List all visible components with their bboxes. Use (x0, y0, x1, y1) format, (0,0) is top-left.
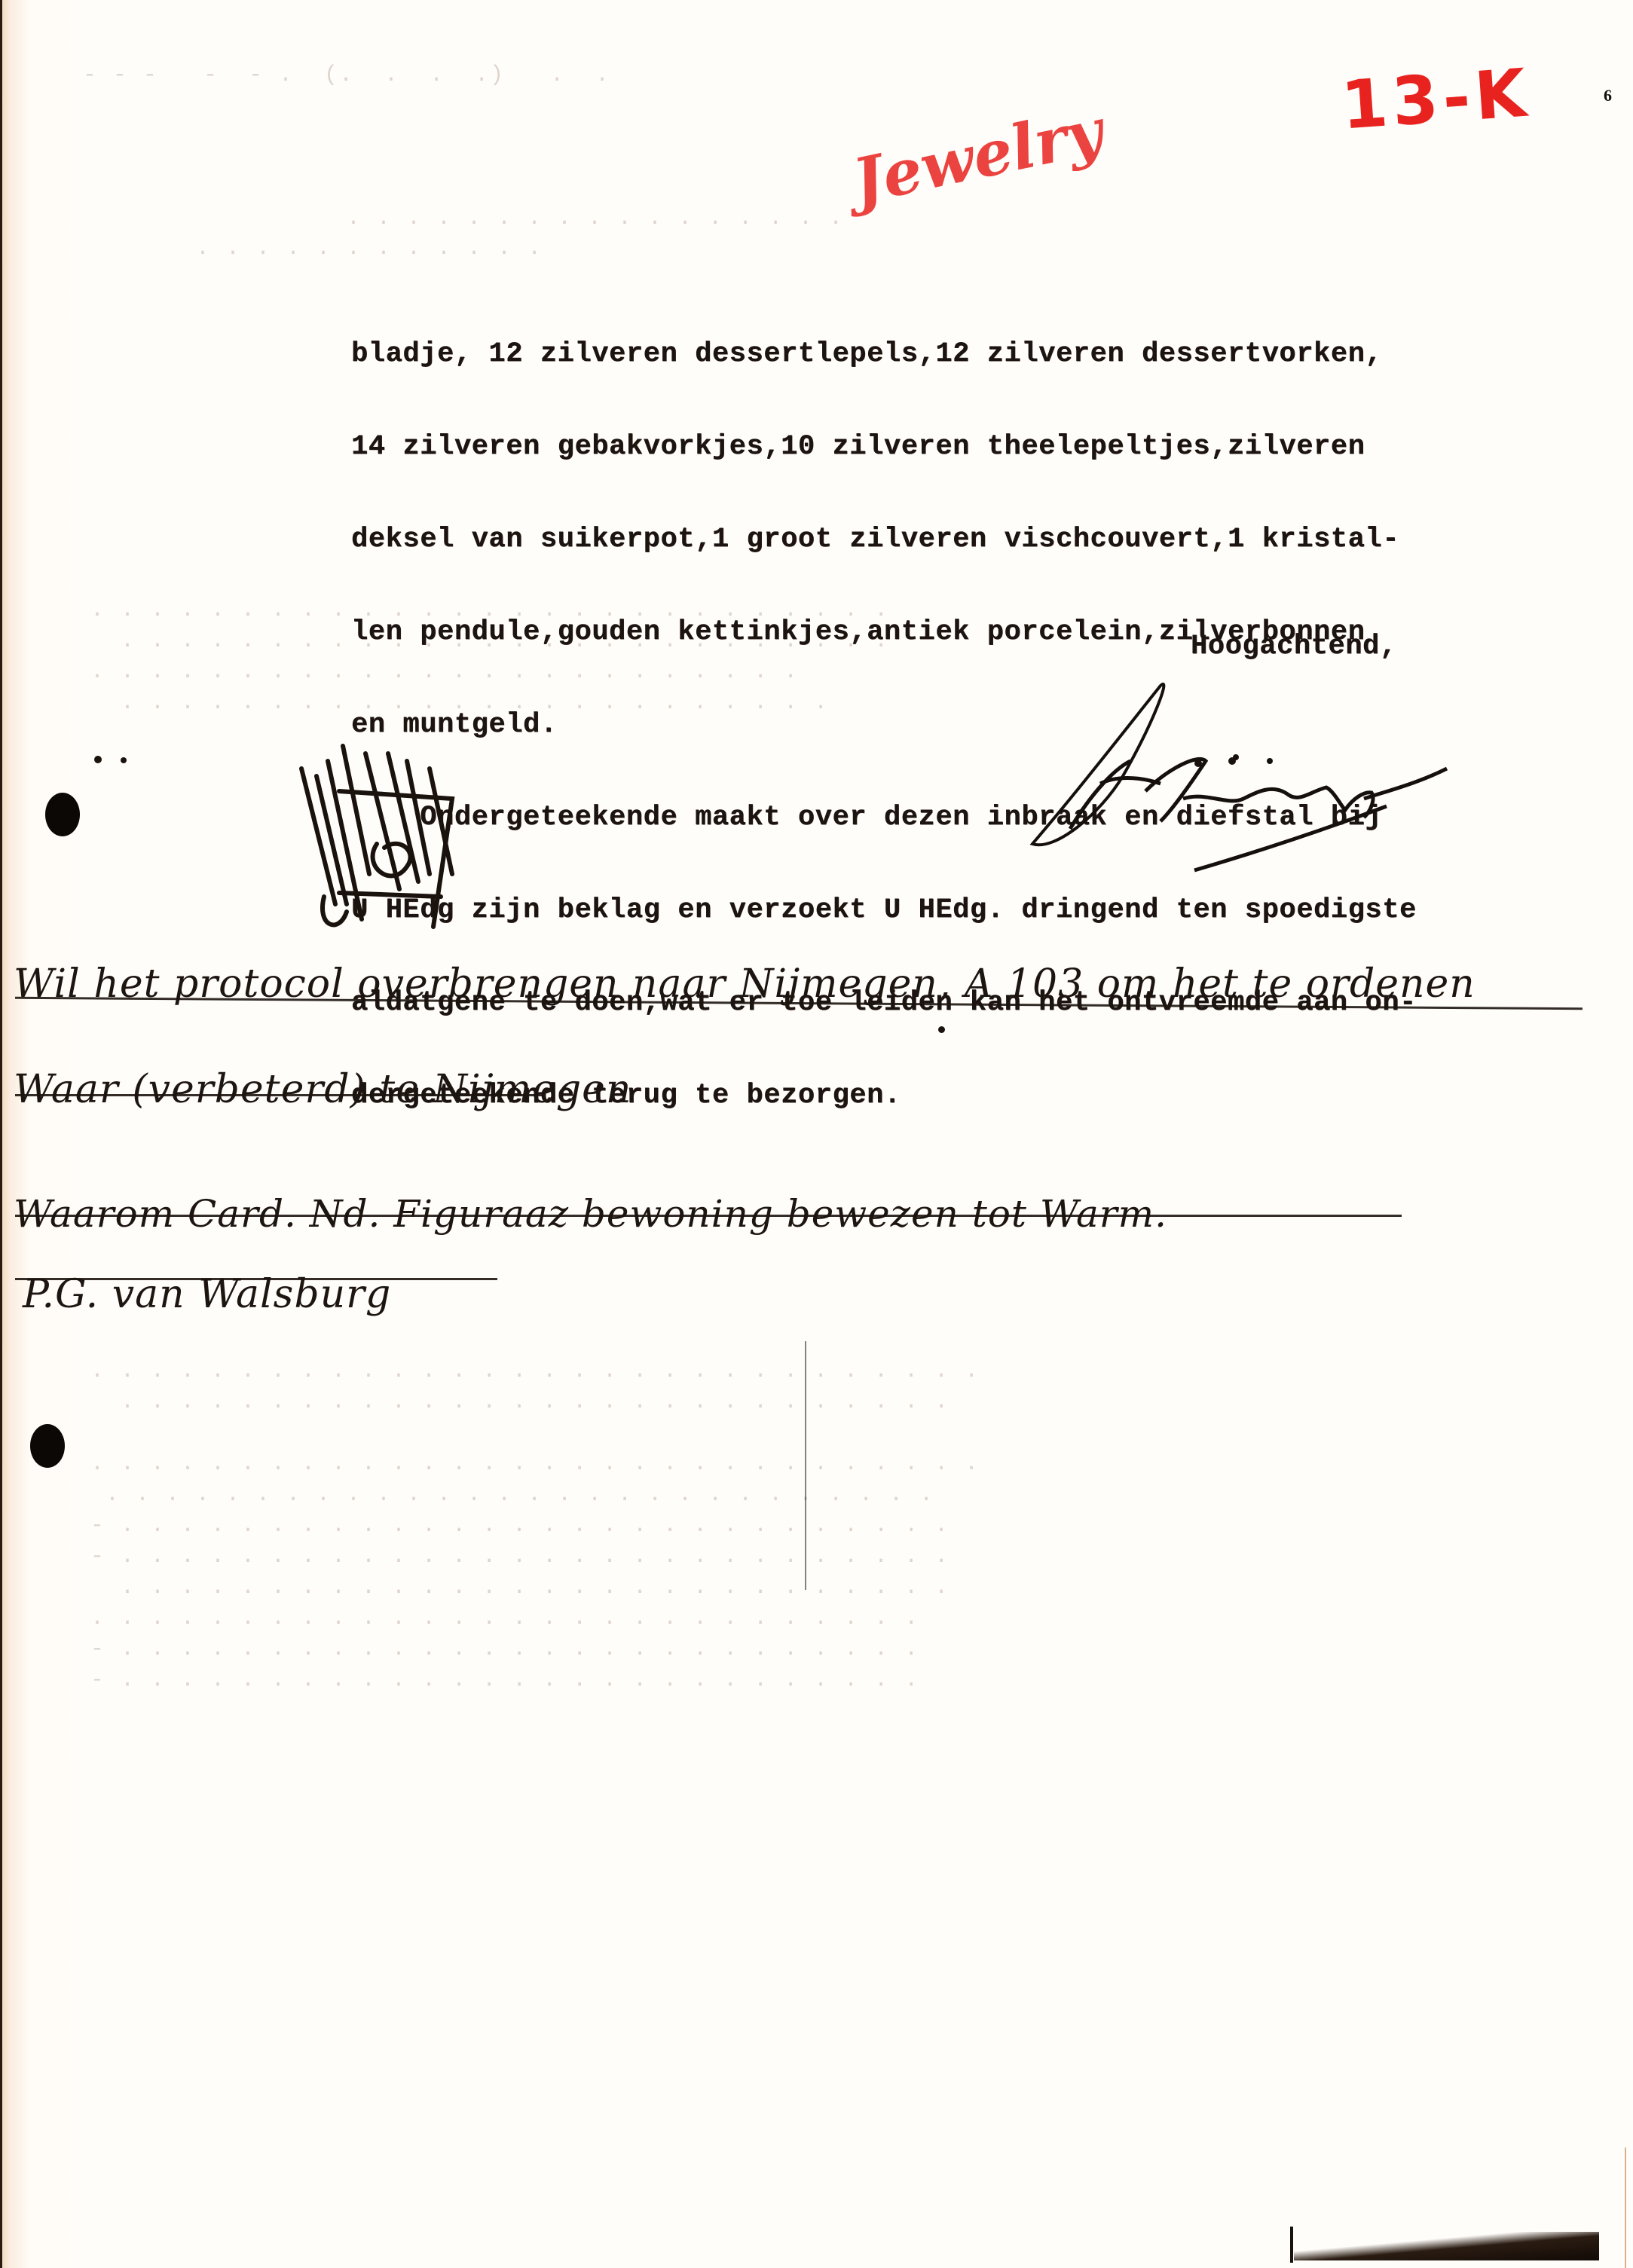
signature (1010, 678, 1462, 874)
body-line: deksel van suikerpot,1 groot zilveren vi… (351, 524, 1417, 555)
scan-artifact (1294, 2232, 1599, 2260)
ink-speck (1228, 757, 1236, 765)
page-edge-right (1625, 2147, 1626, 2268)
strikethrough-line (15, 1278, 497, 1280)
page-edge-shadow (0, 0, 2, 2268)
file-code-annotation: 13-K (1339, 53, 1534, 144)
body-line: 14 zilveren gebakvorkjes,10 zilveren the… (351, 432, 1417, 463)
bleed-through-text: . . . . . . . . . . . . (196, 234, 543, 264)
handwritten-note: Waarom Card. Nd. Figuraaz bewoning bewez… (14, 1192, 1167, 1236)
ink-speck (121, 757, 127, 763)
bleed-through-text: . . . . . . . . . . . . . . . . . (347, 203, 844, 234)
faint-vertical-rule (805, 1341, 806, 1590)
ink-speck (1194, 760, 1202, 767)
category-annotation: Jewelry (847, 95, 1109, 219)
body-line: bladje, 12 zilveren dessertlepels,12 zil… (351, 339, 1417, 370)
strikethrough-line (15, 1094, 543, 1096)
ink-speck (938, 1026, 945, 1033)
page-number: 6 (1604, 86, 1612, 105)
scanned-letter-page: - - - - - . (. . . .) . . . . . . . . . … (0, 0, 1633, 2268)
punch-hole (30, 1424, 65, 1468)
bleed-through-text: . . . . . . . . . . . . . . . . . . . . … (90, 1356, 980, 1696)
closing-salutation: Hoogachtend, (1191, 631, 1397, 662)
ink-speck (94, 756, 102, 763)
scan-artifact (1290, 2227, 1293, 2263)
scribbled-stamp (294, 723, 475, 934)
body-line: U HEdg zijn beklag en verzoekt U HEdg. d… (351, 895, 1417, 926)
handwritten-note: Waar (verbeterd) te Nijmegen (14, 1067, 631, 1112)
punch-hole (45, 793, 80, 836)
bleed-through-text: - - - - - . (. . . .) . . (83, 60, 610, 91)
strikethrough-line (15, 1215, 1402, 1217)
